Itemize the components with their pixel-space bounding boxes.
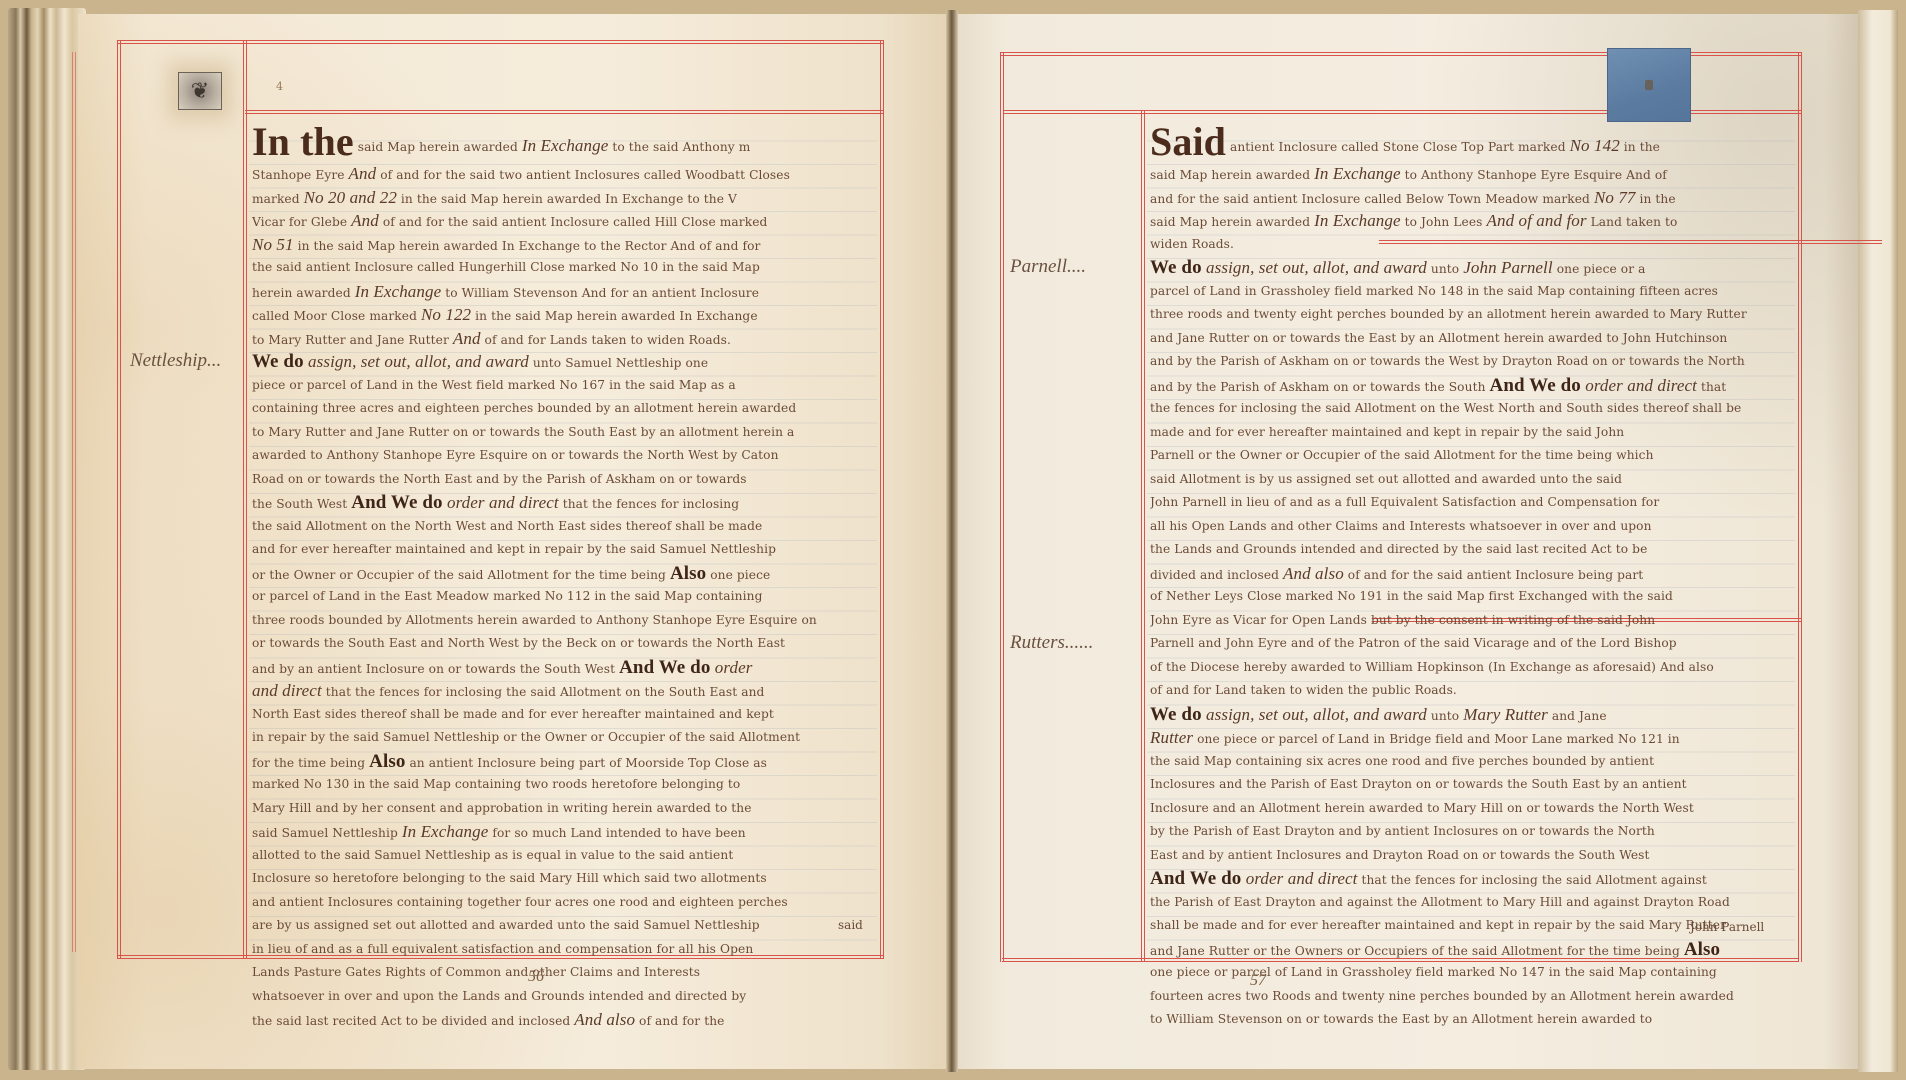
- manuscript-line: made and for ever hereafter maintained a…: [1150, 421, 1795, 445]
- manuscript-line: to Mary Rutter and Jane Rutter on or tow…: [252, 421, 878, 445]
- line-text: by the Parish of East Drayton and by ant…: [1150, 824, 1655, 838]
- line-text: and by the Parish of Askham on or toward…: [1150, 354, 1745, 368]
- script-phrase: order and direct: [443, 493, 559, 512]
- manuscript-line: the said last recited Act to be divided …: [252, 1008, 878, 1032]
- margin-party-name: Nettleship...: [130, 350, 221, 372]
- manuscript-line: for the time being Also an antient Inclo…: [252, 750, 878, 774]
- gothic-phrase: We do: [1150, 704, 1202, 725]
- line-text: that the fences for inclosing the said A…: [322, 685, 765, 699]
- script-phrase: John Parnell: [1463, 258, 1553, 277]
- line-text: divided and inclosed: [1150, 568, 1283, 582]
- line-text: that the fences for inclosing: [559, 497, 739, 511]
- line-text: to the said Anthony m: [608, 140, 750, 154]
- line-text: of Nether Leys Close marked No 191 in th…: [1150, 589, 1673, 603]
- line-text: Parnell and John Eyre and of the Patron …: [1150, 636, 1677, 650]
- manuscript-line: or parcel of Land in the East Meadow mar…: [252, 585, 878, 609]
- line-text: Inclosures and the Parish of East Drayto…: [1150, 777, 1687, 791]
- page-number: 56: [528, 968, 544, 986]
- script-phrase: order and direct: [1581, 376, 1697, 395]
- line-text: Lands Pasture Gates Rights of Common and…: [252, 965, 700, 979]
- gothic-phrase: And We do: [1150, 868, 1241, 889]
- line-text: piece or parcel of Land in the West fiel…: [252, 378, 736, 392]
- left-page-text: In the said Map herein awarded In Exchan…: [252, 122, 878, 1032]
- line-text: said Samuel Nettleship: [252, 826, 402, 840]
- line-text: the fences for inclosing the said Allotm…: [1150, 401, 1741, 415]
- manuscript-line: divided and inclosed And also of and for…: [1150, 562, 1795, 586]
- script-phrase: And: [453, 329, 481, 348]
- manuscript-line: whatsoever in over and upon the Lands an…: [252, 985, 878, 1009]
- line-text: for the time being: [252, 756, 369, 770]
- gothic-phrase: And We do: [351, 492, 442, 513]
- manuscript-line: and by the Parish of Askham on or toward…: [1150, 374, 1795, 398]
- manuscript-line: the said Allotment on the North West and…: [252, 515, 878, 539]
- line-text: in the said Map herein awarded In Exchan…: [294, 239, 761, 253]
- line-text: to Mary Rutter and Jane Rutter: [252, 333, 453, 347]
- line-text: unto: [1427, 709, 1463, 723]
- manuscript-line: North East sides thereof shall be made a…: [252, 703, 878, 727]
- manuscript-line: John Parnell in lieu of and as a full Eq…: [1150, 491, 1795, 515]
- manuscript-line: three roods bounded by Allotments herein…: [252, 609, 878, 633]
- script-phrase: Rutter: [1150, 728, 1193, 747]
- script-phrase: No 142: [1570, 136, 1620, 155]
- line-text: or towards the South East and North West…: [252, 636, 785, 650]
- line-text: marked No 130 in the said Map containing…: [252, 777, 740, 791]
- line-text: Inclosure so heretofore belonging to the…: [252, 871, 767, 885]
- manuscript-line: piece or parcel of Land in the West fiel…: [252, 374, 878, 398]
- line-text: and for the said antient Inclosure calle…: [1150, 192, 1594, 206]
- line-text: the Lands and Grounds intended and direc…: [1150, 542, 1647, 556]
- manuscript-line: Inclosure so heretofore belonging to the…: [252, 867, 878, 891]
- manuscript-line: the Parish of East Drayton and against t…: [1150, 891, 1795, 915]
- manuscript-line: Stanhope Eyre And of and for the said tw…: [252, 162, 878, 186]
- script-phrase: No 77: [1594, 188, 1636, 207]
- manuscript-line: or towards the South East and North West…: [252, 632, 878, 656]
- line-text: are by us assigned set out allotted and …: [252, 918, 760, 932]
- manuscript-line: East and by antient Inclosures and Drayt…: [1150, 844, 1795, 868]
- line-text: fourteen acres two Roods and twenty nine…: [1150, 989, 1734, 1003]
- line-text: or parcel of Land in the East Meadow mar…: [252, 589, 762, 603]
- manuscript-line: We do assign, set out, allot, and award …: [1150, 256, 1795, 280]
- margin-party-name: Rutters......: [1010, 632, 1093, 654]
- manuscript-line: Rutter one piece or parcel of Land in Br…: [1150, 726, 1795, 750]
- script-phrase: In Exchange: [522, 136, 609, 155]
- manuscript-line: fourteen acres two Roods and twenty nine…: [1150, 985, 1795, 1009]
- initial-letter: In the: [252, 122, 354, 162]
- line-text: that the fences for inclosing the said A…: [1358, 873, 1707, 887]
- embossed-seal-icon: ❦: [178, 72, 222, 110]
- line-text: of and for the: [635, 1014, 724, 1028]
- manuscript-line: said Map herein awarded In Exchange to J…: [1150, 209, 1795, 233]
- line-text: in the said Map herein awarded In Exchan…: [471, 309, 757, 323]
- script-phrase: In Exchange: [1314, 164, 1401, 183]
- manuscript-line: We do assign, set out, allot, and award …: [252, 350, 878, 374]
- line-text: and Jane Rutter or the Owners or Occupie…: [1150, 944, 1684, 958]
- script-phrase: In Exchange: [1314, 211, 1401, 230]
- line-text: one piece or a: [1553, 262, 1646, 276]
- script-phrase: In Exchange: [402, 822, 489, 841]
- line-text: the said Map containing six acres one ro…: [1150, 754, 1654, 768]
- line-text: awarded to Anthony Stanhope Eyre Esquire…: [252, 448, 779, 462]
- manuscript-line: said Samuel Nettleship In Exchange for s…: [252, 820, 878, 844]
- script-phrase: In Exchange: [355, 282, 442, 301]
- line-text: Road on or towards the North East and by…: [252, 472, 747, 486]
- manuscript-line: parcel of Land in Grassholey field marke…: [1150, 280, 1795, 304]
- manuscript-line: and by the Parish of Askham on or toward…: [1150, 350, 1795, 374]
- line-text: and by the Parish of Askham on or toward…: [1150, 380, 1490, 394]
- line-text: in lieu of and as a full equivalent sati…: [252, 942, 753, 956]
- initial-letter: Said: [1150, 122, 1226, 162]
- manuscript-line: Said antient Inclosure called Stone Clos…: [1150, 122, 1795, 162]
- manuscript-line: and direct that the fences for inclosing…: [252, 679, 878, 703]
- line-text: and Jane: [1548, 709, 1607, 723]
- line-text: to William Stevenson on or towards the E…: [1150, 1012, 1652, 1026]
- line-text: East and by antient Inclosures and Drayt…: [1150, 848, 1650, 862]
- manuscript-line: In the said Map herein awarded In Exchan…: [252, 122, 878, 162]
- stamp-emblem: [1645, 80, 1653, 90]
- script-phrase: assign, set out, allot, and award: [1202, 258, 1427, 277]
- line-text: the South West: [252, 497, 351, 511]
- line-text: marked: [252, 192, 304, 206]
- line-text: and by an antient Inclosure on or toward…: [252, 662, 619, 676]
- manuscript-line: in repair by the said Samuel Nettleship …: [252, 726, 878, 750]
- manuscript-line: called Moor Close marked No 122 in the s…: [252, 303, 878, 327]
- line-text: and antient Inclosures containing togeth…: [252, 895, 788, 909]
- line-text: the said antient Inclosure called Hunger…: [252, 260, 760, 274]
- gothic-phrase: Also: [369, 751, 405, 772]
- manuscript-line: the Lands and Grounds intended and direc…: [1150, 538, 1795, 562]
- manuscript-line: herein awarded In Exchange to William St…: [252, 280, 878, 304]
- line-text: the said last recited Act to be divided …: [252, 1014, 574, 1028]
- manuscript-line: Inclosure and an Allotment herein awarde…: [1150, 797, 1795, 821]
- line-text: of and for the said antient Inclosure be…: [1344, 568, 1643, 582]
- line-text: whatsoever in over and upon the Lands an…: [252, 989, 746, 1003]
- line-text: three roods and twenty eight perches bou…: [1150, 307, 1747, 321]
- line-text: three roods bounded by Allotments herein…: [252, 613, 817, 627]
- line-text: or the Owner or Occupier of the said All…: [252, 568, 670, 582]
- manuscript-line: We do assign, set out, allot, and award …: [1150, 703, 1795, 727]
- script-phrase: No 20 and 22: [304, 188, 397, 207]
- line-text: Parnell or the Owner or Occupier of the …: [1150, 448, 1654, 462]
- manuscript-line: Inclosures and the Parish of East Drayto…: [1150, 773, 1795, 797]
- right-page-text: Said antient Inclosure called Stone Clos…: [1150, 122, 1795, 1032]
- line-text: all his Open Lands and other Claims and …: [1150, 519, 1652, 533]
- manuscript-line: said Allotment is by us assigned set out…: [1150, 468, 1795, 492]
- gothic-phrase: Also: [1684, 939, 1720, 960]
- manuscript-line: by the Parish of East Drayton and by ant…: [1150, 820, 1795, 844]
- manuscript-line: Lands Pasture Gates Rights of Common and…: [252, 961, 878, 985]
- right-page-edges: [1858, 10, 1898, 1072]
- line-text: for so much Land intended to have been: [488, 826, 745, 840]
- line-text: to John Lees: [1401, 215, 1487, 229]
- line-text: Stanhope Eyre: [252, 168, 349, 182]
- line-text: the Parish of East Drayton and against t…: [1150, 895, 1730, 909]
- line-text: of the Diocese hereby awarded to William…: [1150, 660, 1714, 674]
- script-phrase: No 122: [421, 305, 471, 324]
- line-text: shall be made and for ever hereafter mai…: [1150, 918, 1726, 932]
- line-text: antient Inclosure called Stone Close Top…: [1226, 140, 1570, 154]
- manuscript-line: one piece or parcel of Land in Grasshole…: [1150, 961, 1795, 985]
- line-text: in the said Map herein awarded In Exchan…: [397, 192, 737, 206]
- line-text: to Mary Rutter and Jane Rutter on or tow…: [252, 425, 794, 439]
- manuscript-line: three roods and twenty eight perches bou…: [1150, 303, 1795, 327]
- manuscript-line: all his Open Lands and other Claims and …: [1150, 515, 1795, 539]
- line-text: John Parnell in lieu of and as a full Eq…: [1150, 495, 1659, 509]
- manuscript-line: awarded to Anthony Stanhope Eyre Esquire…: [252, 444, 878, 468]
- line-text: in the: [1636, 192, 1676, 206]
- line-text: in the: [1620, 140, 1660, 154]
- manuscript-line: And We do order and direct that the fenc…: [1150, 867, 1795, 891]
- manuscript-line: to William Stevenson on or towards the E…: [1150, 1008, 1795, 1032]
- line-text: one piece or parcel of Land in Grasshole…: [1150, 965, 1717, 979]
- line-text: said Map herein awarded: [1150, 215, 1314, 229]
- script-phrase: And: [351, 211, 379, 230]
- line-text: containing three acres and eighteen perc…: [252, 401, 796, 415]
- line-text: of and for Lands taken to widen Roads.: [481, 333, 731, 347]
- line-text: one piece or parcel of Land in Bridge fi…: [1193, 732, 1680, 746]
- script-phrase: order and direct: [1241, 869, 1357, 888]
- line-text: in repair by the said Samuel Nettleship …: [252, 730, 800, 744]
- book-gutter: [946, 10, 958, 1072]
- line-text: herein awarded: [252, 286, 355, 300]
- line-text: said Map herein awarded: [1150, 168, 1314, 182]
- line-text: made and for ever hereafter maintained a…: [1150, 425, 1624, 439]
- script-phrase: order: [710, 658, 752, 677]
- line-text: allotted to the said Samuel Nettleship a…: [252, 848, 733, 862]
- script-phrase: And also: [1283, 564, 1344, 583]
- manuscript-line: and Jane Rutter or the Owners or Occupie…: [1150, 938, 1795, 962]
- line-text: the said Allotment on the North West and…: [252, 519, 762, 533]
- manuscript-line: in lieu of and as a full equivalent sati…: [252, 938, 878, 962]
- manuscript-line: of the Diocese hereby awarded to William…: [1150, 656, 1795, 680]
- script-phrase: And also: [574, 1010, 635, 1029]
- line-text: unto: [1427, 262, 1463, 276]
- manuscript-line: of and for Land taken to widen the publi…: [1150, 679, 1795, 703]
- margin-party-name: Parnell....: [1010, 256, 1086, 278]
- manuscript-line: the said Map containing six acres one ro…: [1150, 750, 1795, 774]
- script-phrase: assign, set out, allot, and award: [1202, 705, 1427, 724]
- manuscript-line: to Mary Rutter and Jane Rutter And of an…: [252, 327, 878, 351]
- manuscript-line: the fences for inclosing the said Allotm…: [1150, 397, 1795, 421]
- gothic-phrase: Also: [670, 563, 706, 584]
- manuscript-line: are by us assigned set out allotted and …: [252, 914, 878, 938]
- line-text: of and for Land taken to widen the publi…: [1150, 683, 1457, 697]
- line-text: and for ever hereafter maintained and ke…: [252, 542, 776, 556]
- manuscript-line: marked No 130 in the said Map containing…: [252, 773, 878, 797]
- script-phrase: and direct: [252, 681, 322, 700]
- manuscript-line: widen Roads.: [1150, 233, 1795, 257]
- line-text: said Allotment is by us assigned set out…: [1150, 472, 1622, 486]
- line-text: one piece: [706, 568, 770, 582]
- manuscript-line: Road on or towards the North East and by…: [252, 468, 878, 492]
- gothic-phrase: And We do: [619, 657, 710, 678]
- catchword: said: [838, 918, 863, 932]
- manuscript-line: No 51 in the said Map herein awarded In …: [252, 233, 878, 257]
- script-phrase: And of and for: [1487, 211, 1587, 230]
- manuscript-line: Vicar for Glebe And of and for the said …: [252, 209, 878, 233]
- manuscript-line: said Map herein awarded In Exchange to A…: [1150, 162, 1795, 186]
- manuscript-line: and Jane Rutter on or towards the East b…: [1150, 327, 1795, 351]
- line-text: and Jane Rutter on or towards the East b…: [1150, 331, 1727, 345]
- line-text: to William Stevenson And for an antient …: [441, 286, 759, 300]
- line-text: of and for the said antient Inclosure ca…: [379, 215, 768, 229]
- revenue-stamp-icon: [1607, 48, 1691, 122]
- manuscript-line: allotted to the said Samuel Nettleship a…: [252, 844, 878, 868]
- header-mark: 4: [276, 80, 283, 93]
- manuscript-line: or the Owner or Occupier of the said All…: [252, 562, 878, 586]
- script-phrase: assign, set out, allot, and award: [304, 352, 529, 371]
- line-text: that: [1697, 380, 1726, 394]
- line-text: Inclosure and an Allotment herein awarde…: [1150, 801, 1694, 815]
- manuscript-line: Parnell or the Owner or Occupier of the …: [1150, 444, 1795, 468]
- line-text: to Anthony Stanhope Eyre Esquire And of: [1401, 168, 1667, 182]
- line-text: Land taken to: [1587, 215, 1678, 229]
- line-text: said Map herein awarded: [354, 140, 522, 154]
- manuscript-line: and for ever hereafter maintained and ke…: [252, 538, 878, 562]
- manuscript-line: of Nether Leys Close marked No 191 in th…: [1150, 585, 1795, 609]
- line-text: unto Samuel Nettleship one: [529, 356, 708, 370]
- script-phrase: No 51: [252, 235, 294, 254]
- gothic-phrase: And We do: [1490, 375, 1581, 396]
- line-text: North East sides thereof shall be made a…: [252, 707, 774, 721]
- line-text: Mary Hill and by her consent and approba…: [252, 801, 752, 815]
- line-text: John Eyre as Vicar for Open Lands but by…: [1150, 613, 1655, 627]
- line-text: Vicar for Glebe: [252, 215, 351, 229]
- manuscript-line: Parnell and John Eyre and of the Patron …: [1150, 632, 1795, 656]
- gothic-phrase: We do: [1150, 257, 1202, 278]
- line-text: widen Roads.: [1150, 237, 1234, 251]
- line-text: of and for the said two antient Inclosur…: [376, 168, 790, 182]
- manuscript-line: and by an antient Inclosure on or toward…: [252, 656, 878, 680]
- manuscript-line: Mary Hill and by her consent and approba…: [252, 797, 878, 821]
- manuscript-line: John Eyre as Vicar for Open Lands but by…: [1150, 609, 1795, 633]
- manuscript-line: and antient Inclosures containing togeth…: [252, 891, 878, 915]
- catchword: John Parnell: [1690, 920, 1764, 934]
- script-phrase: Mary Rutter: [1463, 705, 1548, 724]
- manuscript-line: and for the said antient Inclosure calle…: [1150, 186, 1795, 210]
- line-text: called Moor Close marked: [252, 309, 421, 323]
- manuscript-line: containing three acres and eighteen perc…: [252, 397, 878, 421]
- manuscript-line: the said antient Inclosure called Hunger…: [252, 256, 878, 280]
- manuscript-line: marked No 20 and 22 in the said Map here…: [252, 186, 878, 210]
- line-text: parcel of Land in Grassholey field marke…: [1150, 284, 1718, 298]
- gothic-phrase: We do: [252, 351, 304, 372]
- line-text: an antient Inclosure being part of Moors…: [405, 756, 767, 770]
- script-phrase: And: [349, 164, 377, 183]
- manuscript-line: the South West And We do order and direc…: [252, 491, 878, 515]
- page-number: 57: [1250, 972, 1266, 990]
